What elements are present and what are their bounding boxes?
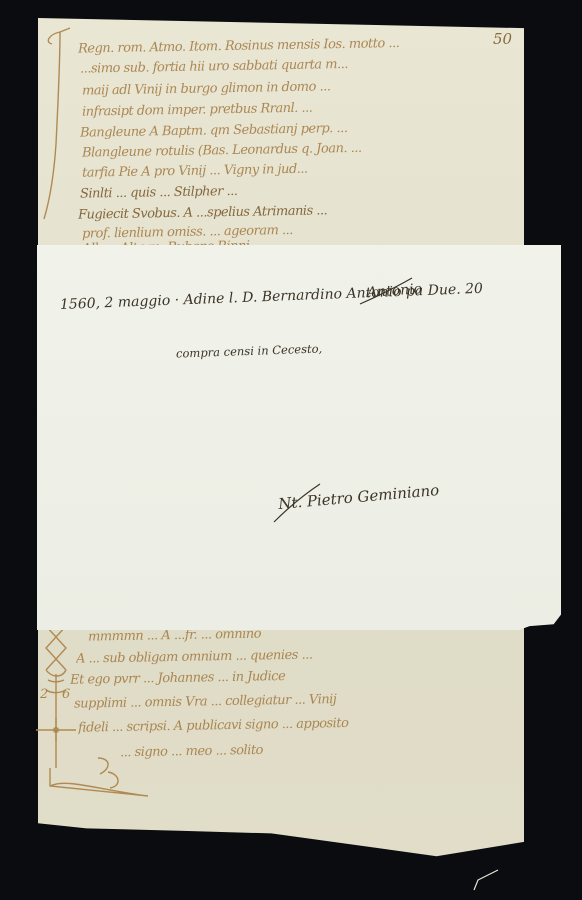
- margin-bracket-icon: [38, 24, 78, 224]
- margin-number: 2: [40, 687, 54, 701]
- folio-number: 50: [493, 30, 512, 48]
- paper-crease-mark: [470, 868, 500, 892]
- margin-number: 6: [62, 687, 76, 701]
- notarial-sign-icon: [28, 618, 158, 798]
- scan-background: 50 Regn. rom. Atmo. Itom. Rosinus mensis…: [0, 0, 582, 900]
